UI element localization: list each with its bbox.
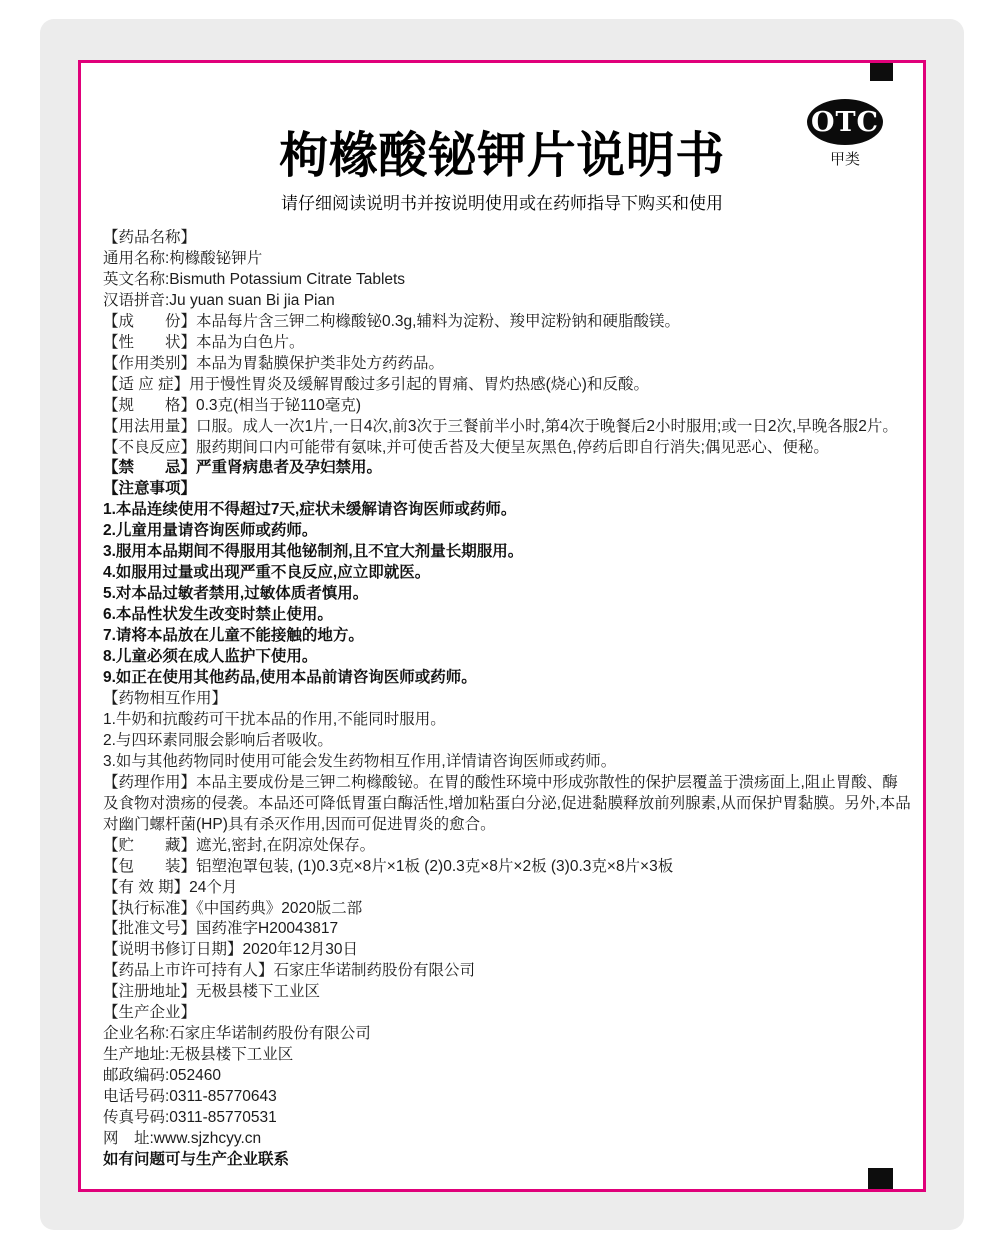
leaflet-line: 通用名称:枸橼酸铋钾片 <box>103 249 911 270</box>
leaflet-line: 【不良反应】服药期间口内可能带有氨味,并可使舌苔及大便呈灰黑色,停药后即自行消失… <box>103 438 911 459</box>
leaflet-line: 3.如与其他药物同时使用可能会发生药物相互作用,详情请咨询医师或药师。 <box>103 752 911 773</box>
leaflet-line: 网 址:www.sjzhcyy.cn <box>103 1129 911 1150</box>
leaflet-line: 6.本品性状发生改变时禁止使用。 <box>103 605 911 626</box>
leaflet-line: 【说明书修订日期】2020年12月30日 <box>103 940 911 961</box>
leaflet-line: 【禁 忌】严重肾病患者及孕妇禁用。 <box>103 458 911 479</box>
leaflet-line: 电话号码:0311-85770643 <box>103 1087 911 1108</box>
leaflet-line: 1.牛奶和抗酸药可干扰本品的作用,不能同时服用。 <box>103 710 911 731</box>
print-registration-mark-bottom <box>868 1168 893 1189</box>
otc-badge: OTC 甲类 <box>807 99 883 169</box>
otc-class-label: 甲类 <box>807 148 883 169</box>
leaflet-line: 【药理作用】本品主要成份是三钾二枸橼酸铋。在胃的酸性环境中形成弥散性的保护层覆盖… <box>103 773 911 836</box>
leaflet-body: 【药品名称】通用名称:枸橼酸铋钾片英文名称:Bismuth Potassium … <box>103 228 911 1171</box>
leaflet-line: 9.如正在使用其他药品,使用本品前请咨询医师或药师。 <box>103 668 911 689</box>
page-title: 枸橼酸铋钾片说明书 <box>81 129 923 184</box>
leaflet-line: 【注册地址】无极县楼下工业区 <box>103 982 911 1003</box>
leaflet-line: 【包 装】铝塑泡罩包装, (1)0.3克×8片×1板 (2)0.3克×8片×2板… <box>103 857 911 878</box>
leaflet-line: 如有问题可与生产企业联系 <box>103 1150 911 1171</box>
leaflet-page: OTC 甲类 枸橼酸铋钾片说明书 请仔细阅读说明书并按说明使用或在药师指导下购买… <box>78 60 926 1192</box>
otc-logo-text: OTC <box>811 107 879 138</box>
leaflet-line: 【用法用量】口服。成人一次1片,一日4次,前3次于三餐前半小时,第4次于晚餐后2… <box>103 417 911 438</box>
leaflet-line: 3.服用本品期间不得服用其他铋制剂,且不宜大剂量长期服用。 <box>103 542 911 563</box>
leaflet-line: 【规 格】0.3克(相当于铋110毫克) <box>103 396 911 417</box>
leaflet-line: 生产地址:无极县楼下工业区 <box>103 1045 911 1066</box>
leaflet-line: 【注意事项】 <box>103 479 911 500</box>
leaflet-line: 8.儿童必须在成人监护下使用。 <box>103 647 911 668</box>
leaflet-line: 4.如服用过量或出现严重不良反应,应立即就医。 <box>103 563 911 584</box>
leaflet-line: 企业名称:石家庄华诺制药股份有限公司 <box>103 1024 911 1045</box>
leaflet-line: 【药品上市许可持有人】石家庄华诺制药股份有限公司 <box>103 961 911 982</box>
leaflet-header: 枸橼酸铋钾片说明书 请仔细阅读说明书并按说明使用或在药师指导下购买和使用 <box>81 63 923 214</box>
leaflet-line: 【适 应 症】用于慢性胃炎及缓解胃酸过多引起的胃痛、胃灼热感(烧心)和反酸。 <box>103 375 911 396</box>
page-subtitle: 请仔细阅读说明书并按说明使用或在药师指导下购买和使用 <box>81 189 923 214</box>
leaflet-line: 2.与四环素同服会影响后者吸收。 <box>103 731 911 752</box>
leaflet-line: 7.请将本品放在儿童不能接触的地方。 <box>103 626 911 647</box>
leaflet-line: 【作用类别】本品为胃黏膜保护类非处方药药品。 <box>103 354 911 375</box>
leaflet-line: 2.儿童用量请咨询医师或药师。 <box>103 521 911 542</box>
leaflet-line: 【贮 藏】遮光,密封,在阴凉处保存。 <box>103 836 911 857</box>
print-registration-mark-top <box>870 63 893 81</box>
leaflet-line: 【成 份】本品每片含三钾二枸橼酸铋0.3g,辅料为淀粉、羧甲淀粉钠和硬脂酸镁。 <box>103 312 911 333</box>
leaflet-line: 【性 状】本品为白色片。 <box>103 333 911 354</box>
leaflet-line: 【执行标准】《中国药典》2020版二部 <box>103 899 911 920</box>
leaflet-line: 汉语拼音:Ju yuan suan Bi jia Pian <box>103 291 911 312</box>
leaflet-line: 【药物相互作用】 <box>103 689 911 710</box>
leaflet-line: 【批准文号】国药准字H20043817 <box>103 919 911 940</box>
leaflet-line: 邮政编码:052460 <box>103 1066 911 1087</box>
leaflet-card: OTC 甲类 枸橼酸铋钾片说明书 请仔细阅读说明书并按说明使用或在药师指导下购买… <box>40 19 964 1230</box>
leaflet-line: 【有 效 期】24个月 <box>103 878 911 899</box>
otc-logo-icon: OTC <box>807 99 883 145</box>
screenshot-canvas: OTC 甲类 枸橼酸铋钾片说明书 请仔细阅读说明书并按说明使用或在药师指导下购买… <box>0 0 1002 1247</box>
leaflet-line: 英文名称:Bismuth Potassium Citrate Tablets <box>103 270 911 291</box>
leaflet-line: 【药品名称】 <box>103 228 911 249</box>
leaflet-line: 【生产企业】 <box>103 1003 911 1024</box>
leaflet-line: 5.对本品过敏者禁用,过敏体质者慎用。 <box>103 584 911 605</box>
leaflet-line: 1.本品连续使用不得超过7天,症状未缓解请咨询医师或药师。 <box>103 500 911 521</box>
leaflet-line: 传真号码:0311-85770531 <box>103 1108 911 1129</box>
